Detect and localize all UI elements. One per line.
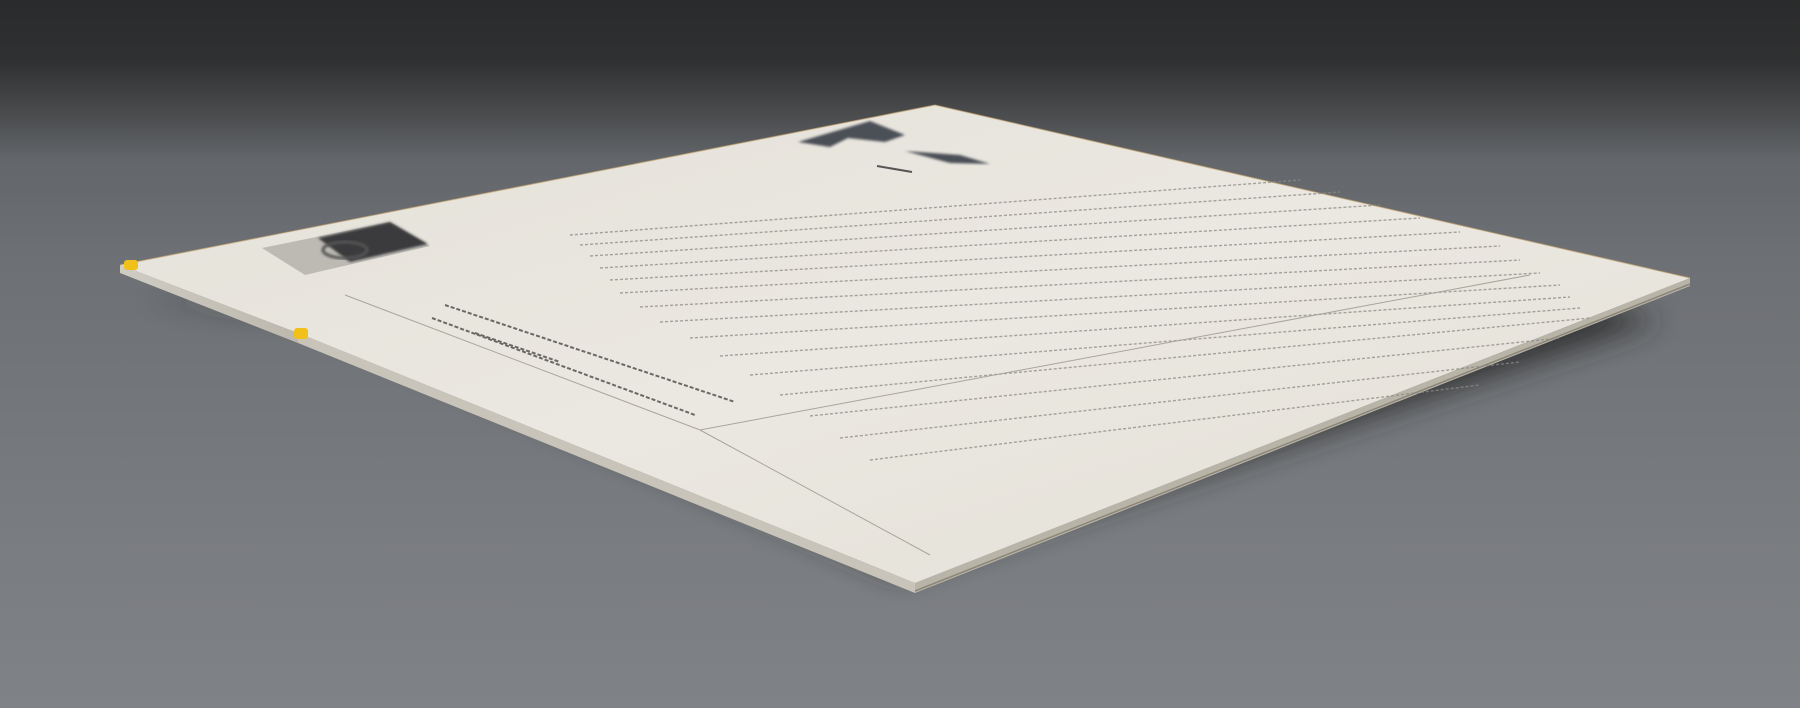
photo-scene (0, 0, 1800, 708)
spine-marker-left (124, 260, 138, 270)
spine-marker-right (294, 328, 308, 339)
sleeve-drawing (0, 0, 1800, 708)
sleeve-face (120, 105, 1690, 583)
